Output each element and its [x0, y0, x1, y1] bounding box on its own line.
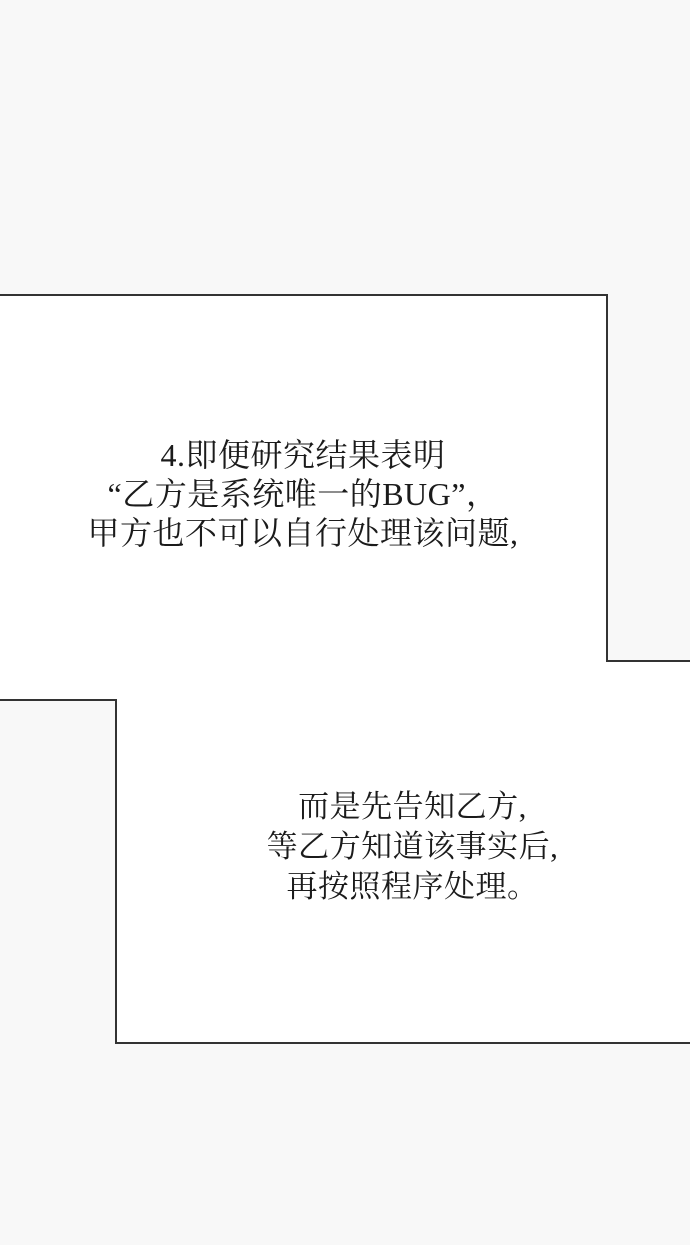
- narration-text-top: 4.即便研究结果表明 “乙方是系统唯一的BUG”， 甲方也不可以自行处理该问题,: [0, 436, 606, 553]
- narration-line-6: 再按照程序处理。: [135, 867, 690, 907]
- comic-page: 4.即便研究结果表明 “乙方是系统唯一的BUG”， 甲方也不可以自行处理该问题,…: [0, 0, 690, 1245]
- narration-line-5: 等乙方知道该事实后,: [135, 827, 690, 867]
- narration-line-3: 甲方也不可以自行处理该问题,: [0, 514, 606, 553]
- narration-text-bottom: 而是先告知乙方, 等乙方知道该事实后, 再按照程序处理。: [135, 787, 690, 907]
- narration-line-2: “乙方是系统唯一的BUG”，: [0, 475, 606, 514]
- narration-line-1: 4.即便研究结果表明: [0, 436, 606, 475]
- bottom-panel-top-border-segment: [0, 699, 117, 701]
- narration-line-4: 而是先告知乙方,: [135, 787, 690, 827]
